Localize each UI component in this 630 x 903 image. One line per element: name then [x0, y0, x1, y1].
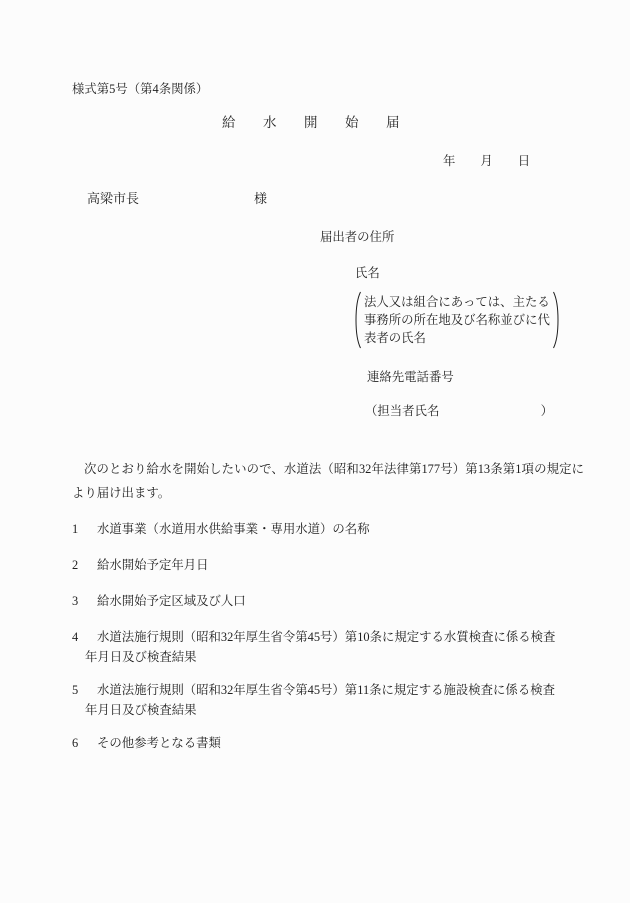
contact-person-line: （担当者氏名 ）	[365, 403, 553, 420]
contact-person-label: （担当者氏名	[365, 403, 439, 420]
item-number: 2	[72, 555, 78, 575]
items-list: 1 水道事業（水道用水供給事業・専用水道）の名称 2 給水開始予定年月日 3 給…	[72, 519, 557, 769]
item-text: 水道法施行規則（昭和32年厚生省令第45号）第11条に規定する施設検査に係る検査…	[85, 680, 557, 720]
item-number: 5	[72, 680, 78, 700]
corporate-note-line-1: 法人又は組合にあっては、主たる	[364, 293, 550, 311]
contact-person-close-paren: ）	[541, 403, 553, 420]
item-text: 水道事業（水道用水供給事業・専用水道）の名称	[85, 519, 557, 539]
declarant-name-label: 氏名	[355, 265, 380, 282]
corporate-note: 法人又は組合にあっては、主たる 事務所の所在地及び名称並びに代 表者の氏名	[352, 291, 562, 349]
item-text: 給水開始予定区域及び人口	[85, 591, 557, 611]
right-paren-icon	[552, 291, 562, 349]
document-page: 様式第5号（第4条関係） 給水開始届 年 月 日 高梁市長 様 届出者の住所 氏…	[0, 0, 630, 903]
form-number: 様式第5号（第4条関係）	[72, 81, 208, 97]
list-item-5: 5 水道法施行規則（昭和32年厚生省令第45号）第11条に規定する施設検査に係る…	[72, 680, 557, 720]
list-item-2: 2 給水開始予定年月日	[72, 555, 557, 575]
body-paragraph: 次のとおり給水を開始したいので、水道法（昭和32年法律第177号）第13条第1項…	[72, 457, 584, 505]
addressee-name: 高梁市長	[87, 190, 139, 208]
addressee-honorific: 様	[254, 190, 267, 208]
left-paren-icon	[352, 291, 362, 349]
item-text: 水道法施行規則（昭和32年厚生省令第45号）第10条に規定する水質検査に係る検査…	[85, 627, 557, 667]
corporate-note-line-3: 表者の氏名	[364, 329, 550, 347]
list-item-6: 6 その他参考となる書類	[72, 733, 557, 753]
contact-phone-label: 連絡先電話番号	[367, 369, 454, 386]
item-number: 6	[72, 733, 78, 753]
list-item-3: 3 給水開始予定区域及び人口	[72, 591, 557, 611]
list-item-1: 1 水道事業（水道用水供給事業・専用水道）の名称	[72, 519, 557, 539]
item-number: 1	[72, 519, 78, 539]
page-title: 給水開始届	[222, 113, 427, 132]
list-item-4: 4 水道法施行規則（昭和32年厚生省令第45号）第10条に規定する水質検査に係る…	[72, 627, 557, 667]
item-number: 3	[72, 591, 78, 611]
year-label: 年	[443, 152, 455, 170]
month-label: 月	[480, 152, 492, 170]
addressee-line: 高梁市長 様	[87, 190, 267, 208]
day-label: 日	[518, 152, 530, 170]
corporate-note-text: 法人又は組合にあっては、主たる 事務所の所在地及び名称並びに代 表者の氏名	[364, 293, 550, 347]
item-text: その他参考となる書類	[85, 733, 557, 753]
item-text: 給水開始予定年月日	[85, 555, 557, 575]
item-number: 4	[72, 627, 78, 647]
declarant-address-label: 届出者の住所	[320, 229, 394, 246]
date-line: 年 月 日	[443, 152, 530, 170]
corporate-note-line-2: 事務所の所在地及び名称並びに代	[364, 311, 550, 329]
